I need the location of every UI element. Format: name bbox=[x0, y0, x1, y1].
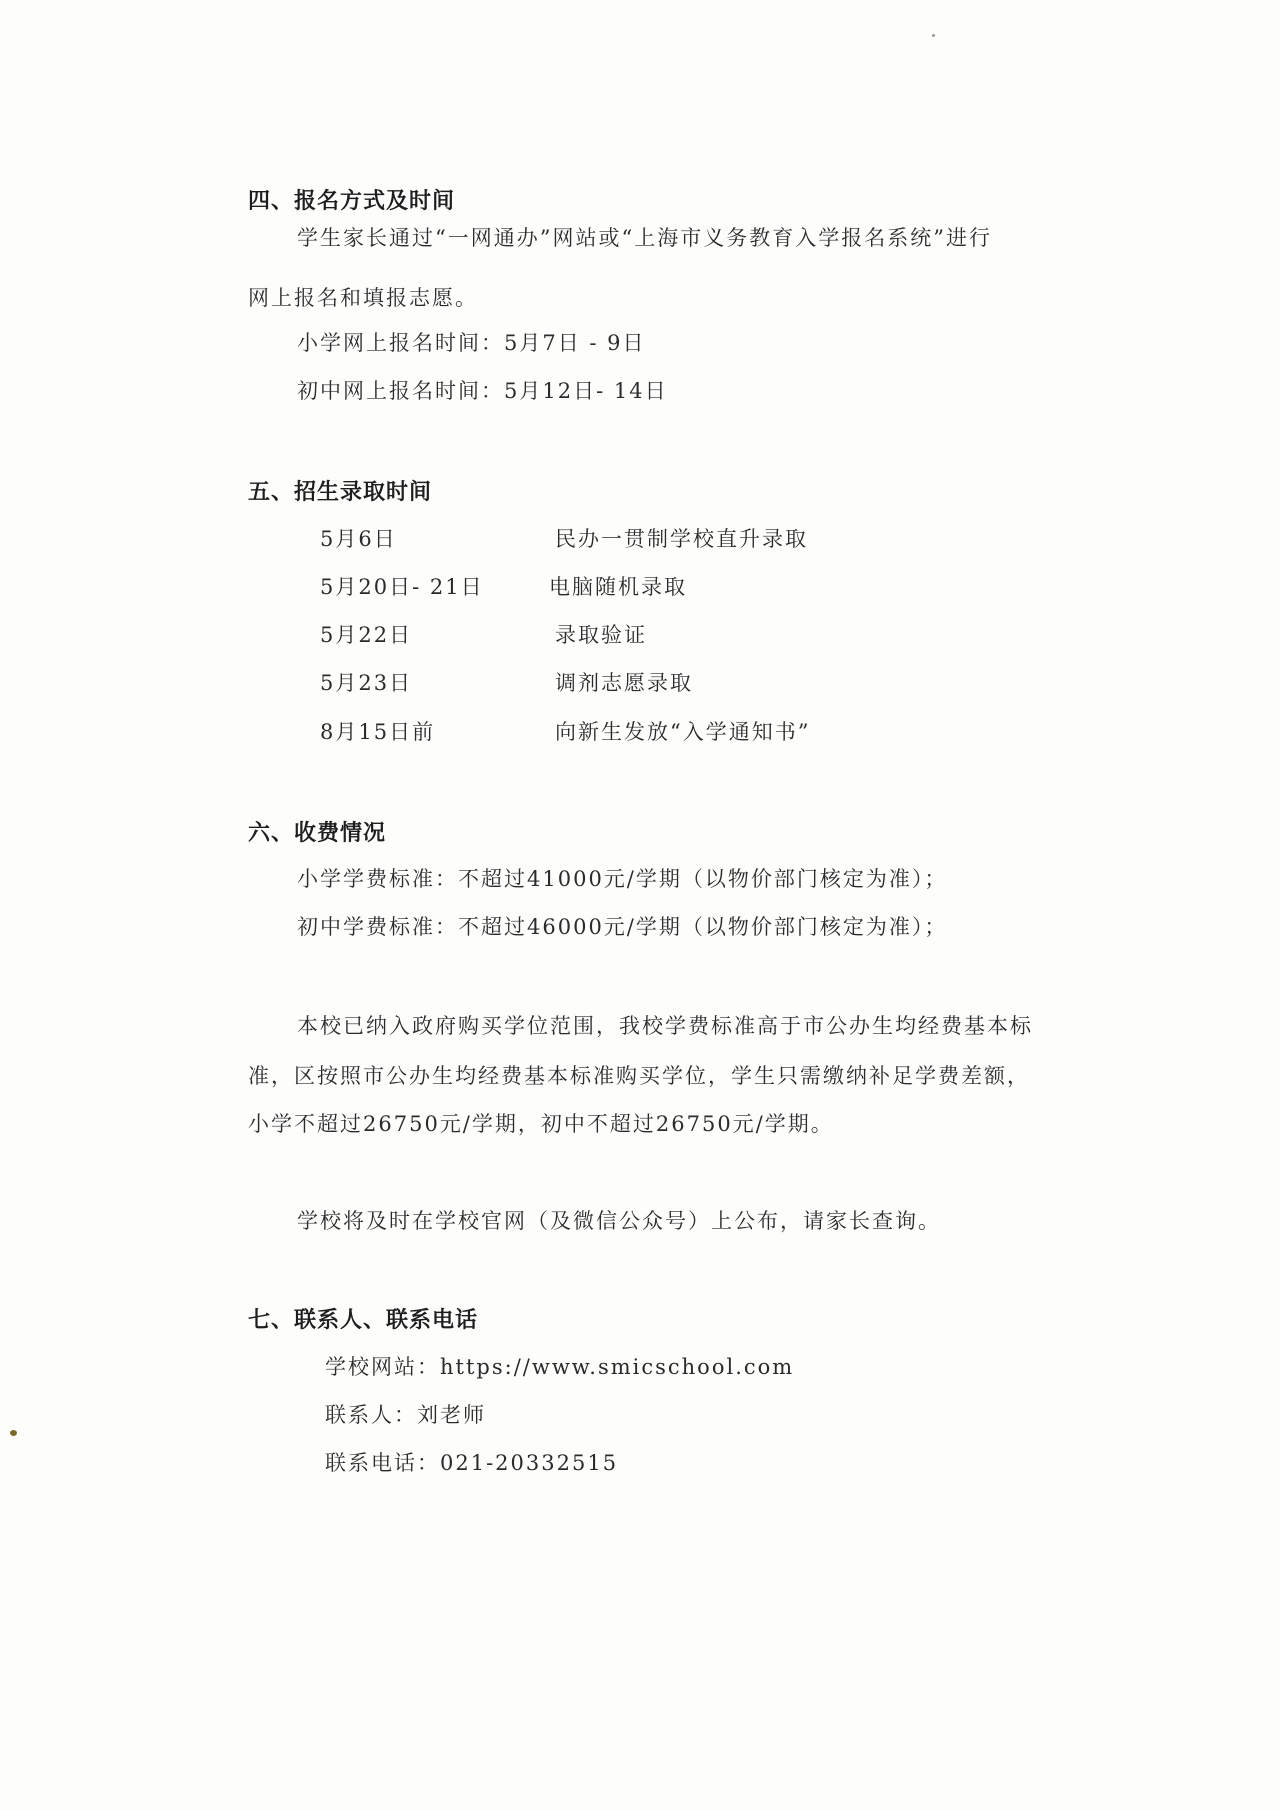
scan-speck bbox=[10, 1430, 17, 1436]
primary-registration-time: 小学网上报名时间：5月7日 - 9日 bbox=[297, 327, 646, 357]
section-4-heading: 四、报名方式及时间 bbox=[248, 184, 455, 215]
schedule-event: 电脑随机录取 bbox=[549, 571, 687, 601]
section-5-heading: 五、招生录取时间 bbox=[248, 475, 432, 506]
section-6-heading: 六、收费情况 bbox=[248, 816, 386, 847]
schedule-date: 5月20日- 21日 bbox=[320, 571, 484, 601]
scan-speck bbox=[932, 34, 935, 37]
schedule-date: 5月6日 bbox=[320, 523, 397, 553]
primary-fee: 小学学费标准：不超过41000元/学期（以物价部门核定为准）； bbox=[297, 863, 947, 893]
notice-text: 学校将及时在学校官网（及微信公众号）上公布，请家长查询。 bbox=[297, 1205, 941, 1235]
school-website: 学校网站：https://www.smicschool.com bbox=[325, 1351, 794, 1381]
contact-phone: 联系电话：021-20332515 bbox=[325, 1447, 618, 1477]
schedule-event: 录取验证 bbox=[555, 619, 647, 649]
document-page: 四、报名方式及时间 学生家长通过“一网通办”网站或“上海市义务教育入学报名系统”… bbox=[0, 0, 1280, 1810]
section-4-para-line1: 学生家长通过“一网通办”网站或“上海市义务教育入学报名系统”进行 bbox=[297, 222, 992, 252]
middle-registration-time: 初中网上报名时间：5月12日- 14日 bbox=[297, 375, 668, 405]
fee-para-line3: 小学不超过26750元/学期，初中不超过26750元/学期。 bbox=[248, 1108, 834, 1138]
schedule-event: 向新生发放“入学通知书” bbox=[555, 716, 810, 746]
schedule-event: 民办一贯制学校直升录取 bbox=[555, 523, 808, 553]
fee-para-line1: 本校已纳入政府购买学位范围，我校学费标准高于市公办生均经费基本标 bbox=[297, 1010, 1033, 1040]
section-7-heading: 七、联系人、联系电话 bbox=[248, 1303, 478, 1334]
schedule-date: 5月22日 bbox=[320, 619, 412, 649]
section-4-para-line2: 网上报名和填报志愿。 bbox=[248, 282, 478, 312]
schedule-date: 5月23日 bbox=[320, 667, 412, 697]
contact-person: 联系人：刘老师 bbox=[325, 1399, 486, 1429]
schedule-date: 8月15日前 bbox=[320, 716, 435, 746]
middle-fee: 初中学费标准：不超过46000元/学期（以物价部门核定为准）； bbox=[297, 911, 947, 941]
fee-para-line2: 准，区按照市公办生均经费基本标准购买学位，学生只需缴纳补足学费差额， bbox=[248, 1060, 1030, 1090]
schedule-event: 调剂志愿录取 bbox=[555, 667, 693, 697]
